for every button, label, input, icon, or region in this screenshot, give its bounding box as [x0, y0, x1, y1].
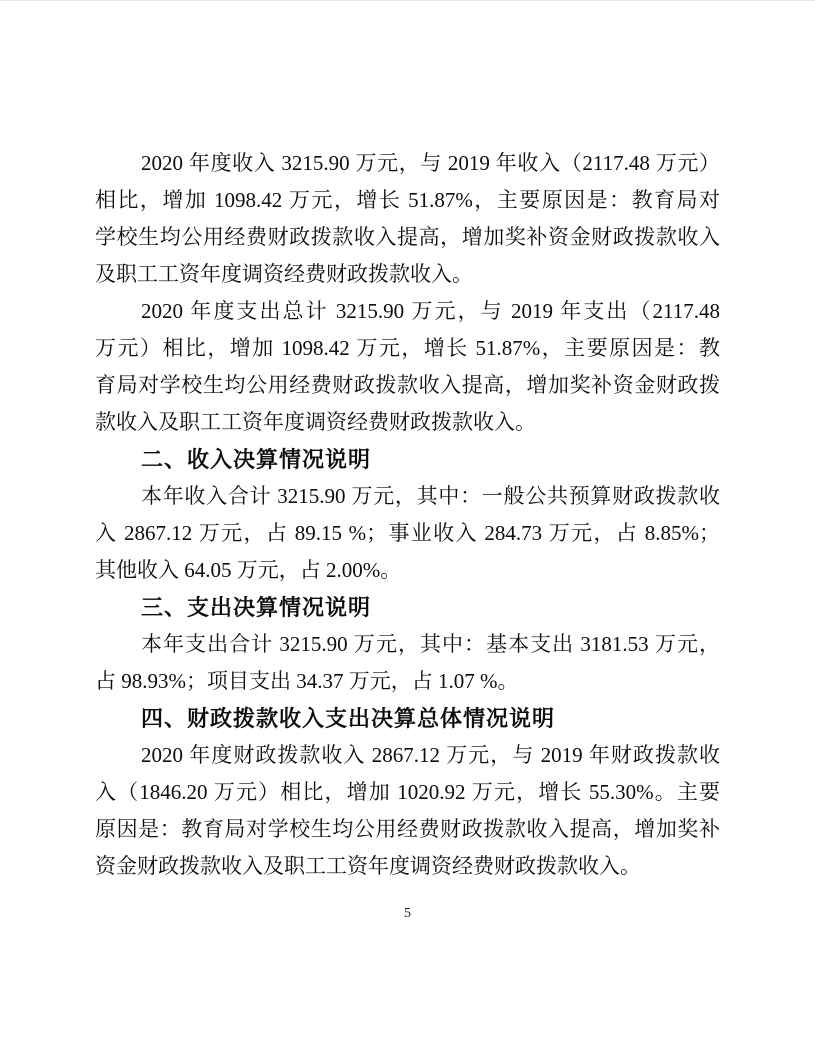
section-heading-fiscal-appropriation: 四、财政拨款收入支出决算总体情况说明 [95, 700, 720, 737]
income-comparison-paragraph-line-3: 学校生均公用经费财政拨款收入提高，增加奖补资金财政拨款收入 [95, 219, 720, 256]
income-detail-paragraph-line-1: 本年收入合计 3215.90 万元，其中：一般公共预算财政拨款收 [95, 478, 720, 515]
page-number: 5 [0, 906, 815, 922]
section-heading-expenditure: 三、支出决算情况说明 [95, 589, 720, 626]
income-detail-paragraph-line-3: 其他收入 64.05 万元，占 2.00%。 [95, 552, 720, 589]
expenditure-detail-paragraph-line-2: 占 98.93%；项目支出 34.37 万元，占 1.07 %。 [95, 663, 720, 700]
expenditure-comparison-paragraph-line-1: 2020 年度支出总计 3215.90 万元，与 2019 年支出（2117.4… [95, 293, 720, 330]
fiscal-appropriation-paragraph-line-1: 2020 年度财政拨款收入 2867.12 万元，与 2019 年财政拨款收 [95, 737, 720, 774]
fiscal-appropriation-paragraph-line-3: 原因是：教育局对学校生均公用经费财政拨款收入提高，增加奖补 [95, 811, 720, 848]
document-body: 2020 年度收入 3215.90 万元，与 2019 年收入（2117.48 … [95, 145, 720, 885]
document-page: 2020 年度收入 3215.90 万元，与 2019 年收入（2117.48 … [0, 0, 815, 1056]
income-comparison-paragraph-line-4: 及职工工资年度调资经费财政拨款收入。 [95, 256, 720, 293]
expenditure-comparison-paragraph-line-4: 款收入及职工工资年度调资经费财政拨款收入。 [95, 404, 720, 441]
expenditure-comparison-paragraph-line-2: 万元）相比，增加 1098.42 万元，增长 51.87%，主要原因是：教 [95, 330, 720, 367]
expenditure-comparison-paragraph-line-3: 育局对学校生均公用经费财政拨款收入提高，增加奖补资金财政拨 [95, 367, 720, 404]
income-comparison-paragraph-line-1: 2020 年度收入 3215.90 万元，与 2019 年收入（2117.48 … [95, 145, 720, 182]
expenditure-detail-paragraph-line-1: 本年支出合计 3215.90 万元，其中：基本支出 3181.53 万元， [95, 626, 720, 663]
fiscal-appropriation-paragraph-line-4: 资金财政拨款收入及职工工资年度调资经费财政拨款收入。 [95, 848, 720, 885]
fiscal-appropriation-paragraph-line-2: 入（1846.20 万元）相比，增加 1020.92 万元，增长 55.30%。… [95, 774, 720, 811]
income-comparison-paragraph-line-2: 相比，增加 1098.42 万元，增长 51.87%，主要原因是：教育局对 [95, 182, 720, 219]
income-detail-paragraph-line-2: 入 2867.12 万元，占 89.15 %；事业收入 284.73 万元，占 … [95, 515, 720, 552]
section-heading-income: 二、收入决算情况说明 [95, 441, 720, 478]
